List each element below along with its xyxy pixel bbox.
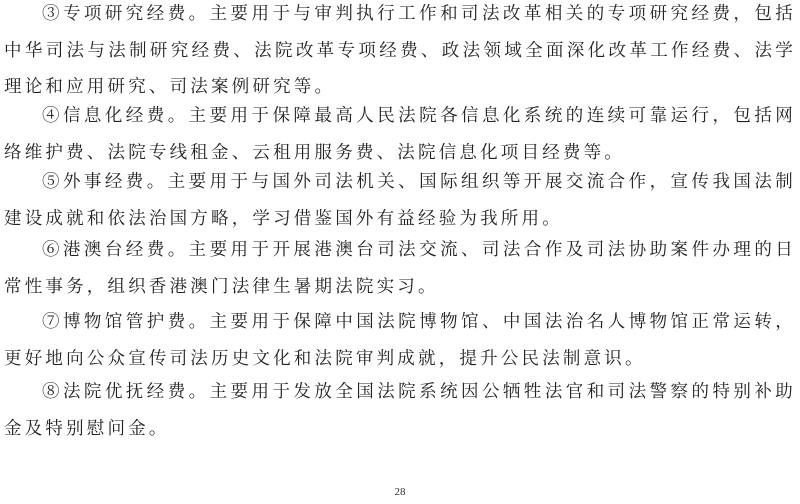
document-page: ③专项研究经费。主要用于与审判执行工作和司法改革相关的专项研究经费，包括中华司法…: [0, 0, 800, 504]
paragraph-informatization-funds: ④信息化经费。主要用于保障最高人民法院各信息化系统的连续可靠运行，包括网络维护费…: [4, 98, 796, 171]
paragraph-hk-macao-taiwan-funds: ⑥港澳台经费。主要用于开展港澳台司法交流、司法合作及司法协助案件办理的日常性事务…: [4, 232, 796, 305]
page-number: 28: [0, 486, 800, 498]
paragraph-foreign-affairs-funds: ⑤外事经费。主要用于与国外司法机关、国际组织等开展交流合作，宣传我国法制建设成就…: [4, 164, 796, 237]
paragraph-special-research-funds: ③专项研究经费。主要用于与审判执行工作和司法改革相关的专项研究经费，包括中华司法…: [4, 0, 796, 106]
paragraph-court-compensation-funds: ⑧法院优抚经费。主要用于发放全国法院系统因公牺牲法官和司法警察的特别补助金及特别…: [4, 374, 796, 447]
paragraph-museum-maintenance-funds: ⑦博物馆管护费。主要用于保障中国法院博物馆、中国法治名人博物馆正常运转，更好地向…: [4, 304, 796, 377]
